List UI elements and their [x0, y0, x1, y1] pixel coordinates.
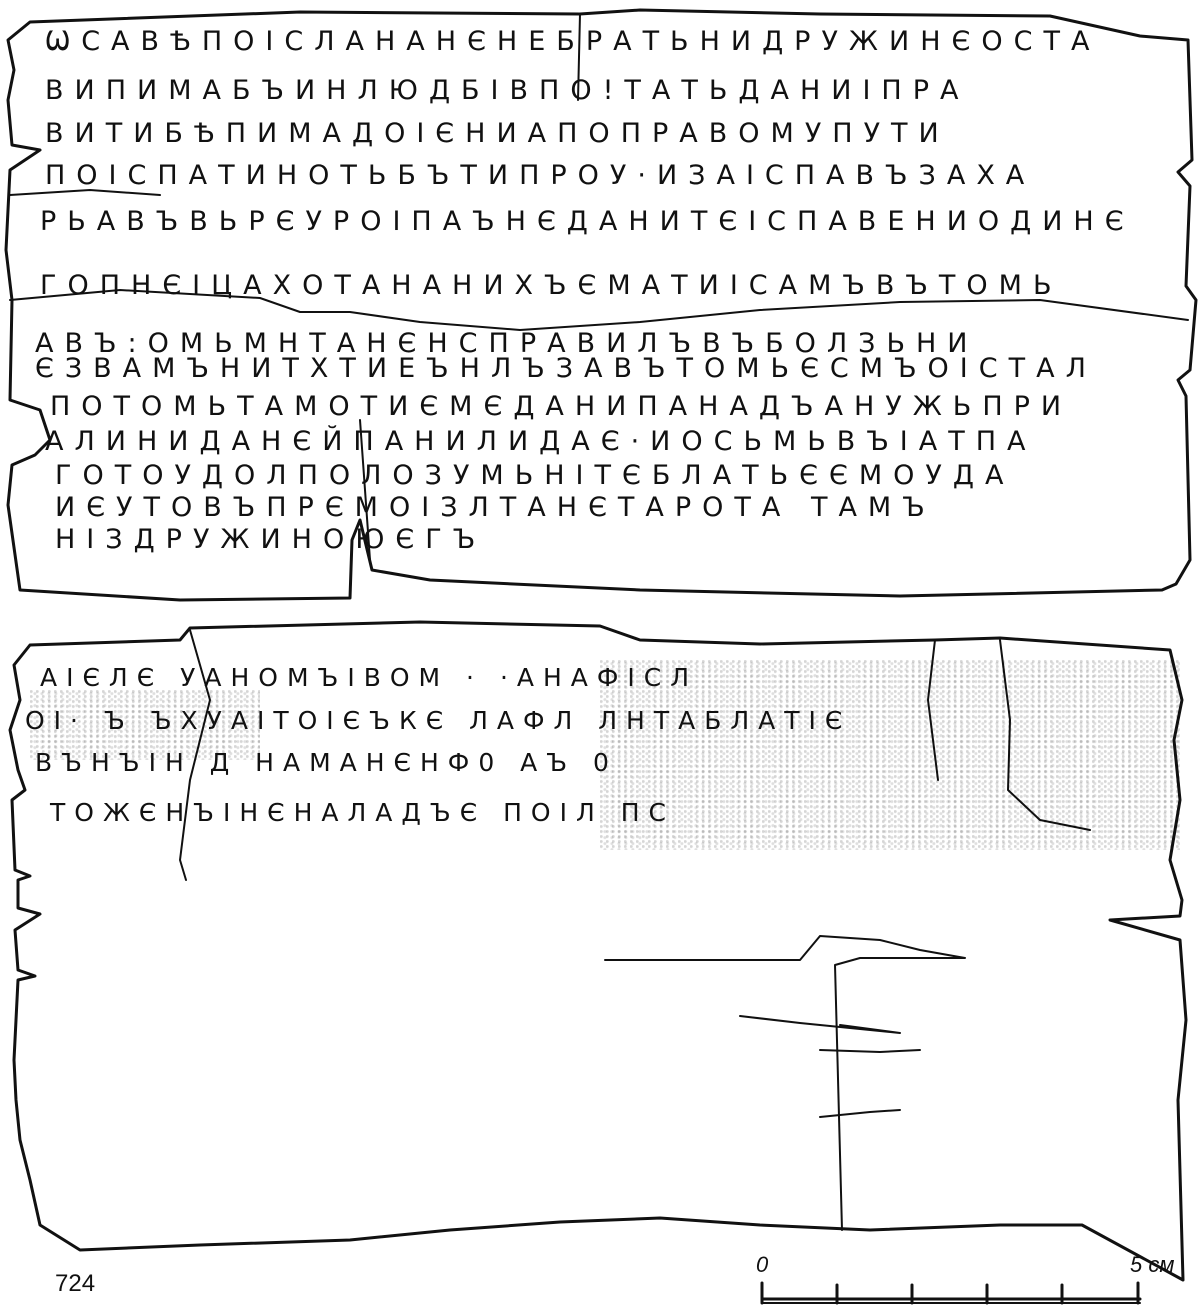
lower-tear-branch-2: [820, 1050, 920, 1052]
lower-tear-branch-3: [820, 1110, 900, 1117]
upper-line-1: ѠСАВѢПОІСЛАНАНЄНЕБРАТЬНИДРУЖИНЄОСТА: [45, 28, 1100, 55]
upper-line-11: ГОТОУДОЛПОЛОЗУМЬНІТЄБЛАТЬЄЄМОУДА: [55, 462, 1014, 489]
lower-line-1: АІЄЛЄ УАНОМЪІВОМ · ·АНАФІСЛ: [40, 665, 698, 690]
upper-line-8: ЄЗВАМЪНИТХТИЕЪНЛЪЗАВЪТОМЬЄСМЪОІСТАЛ: [35, 355, 1097, 382]
upper-line-2: ВИПИМАБЪИНЛЮДБІВПО!ТАТЬДАНИІПРА: [45, 77, 969, 104]
upper-line-5: РЬАВЪВЬРЄУРОІПАЪНЄДАНИТЄІСПАВЕНИОДИНЄ: [40, 208, 1135, 235]
lower-line-2: ОІ· Ъ ЪХУАІТОІЄЪКЄ ЛАФЛ ЛНТАБЛАТІЄ: [25, 708, 851, 733]
lower-tear-horizontal: [605, 936, 965, 1230]
upper-line-6: ГОПНЄІЦАХОТАНАНИХЪЄМАТИІСАМЪВЪТОМЬ: [40, 272, 1062, 299]
upper-line-13: НІЗДРУЖИНОЮЄГЪ: [55, 526, 486, 553]
lower-tear-branch-1: [740, 1016, 900, 1033]
scale-start-label: 0: [756, 1252, 768, 1278]
birch-bark-outline-drawing: [0, 0, 1200, 1316]
lower-line-3: ВЪНЪІН Д НАМАНЄНФ0 АЪ 0: [35, 750, 618, 775]
lower-line-4: ТОЖЄНЪІНЄНАЛАДЪЄ ПОІЛ ПС: [50, 800, 675, 825]
scale-bar: [762, 1283, 1140, 1303]
upper-line-12: ИЄУТОВЪПРЄМОІЗЛТАНЄТАРОТА ТАМЪ: [55, 494, 936, 521]
upper-line-10: АЛИНИДАНЄЙПАНИЛИДАЄ·ИОСЬМЬВЪІАТПА: [45, 428, 1037, 455]
catalog-number: 724: [55, 1270, 95, 1298]
scale-end-label: 5 см: [1130, 1252, 1174, 1278]
upper-line-9: ПОТОМЬТАМОТИЄМЄДАНИПАНАДЪАНУЖЬПРИ: [50, 393, 1072, 420]
upper-line-4: ПОІСПАТИНОТЬБЪТИПРОУ·ИЗАІСПАВЪЗАХА: [45, 162, 1035, 189]
upper-line-3: ВИТИБѢПИМАДОІЄНИАПОПРАВОМУПУТИ: [45, 120, 950, 147]
